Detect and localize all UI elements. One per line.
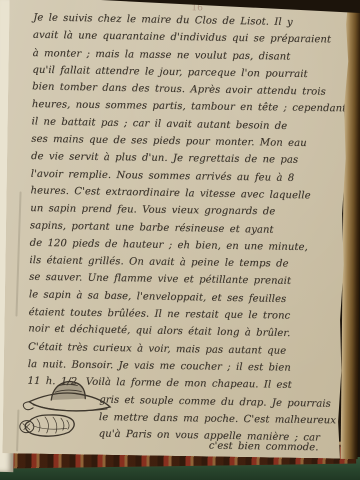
hat-sketch [15, 373, 118, 441]
manuscript-photo: 16 Je le suivis chez le maire du Clos de… [0, 0, 360, 480]
manuscript-line: à monter ; mais la masse ne voulut pas, … [33, 45, 345, 67]
ink-stain [15, 192, 21, 317]
manuscript-page: 16 Je le suivis chez le maire du Clos de… [2, 0, 350, 459]
